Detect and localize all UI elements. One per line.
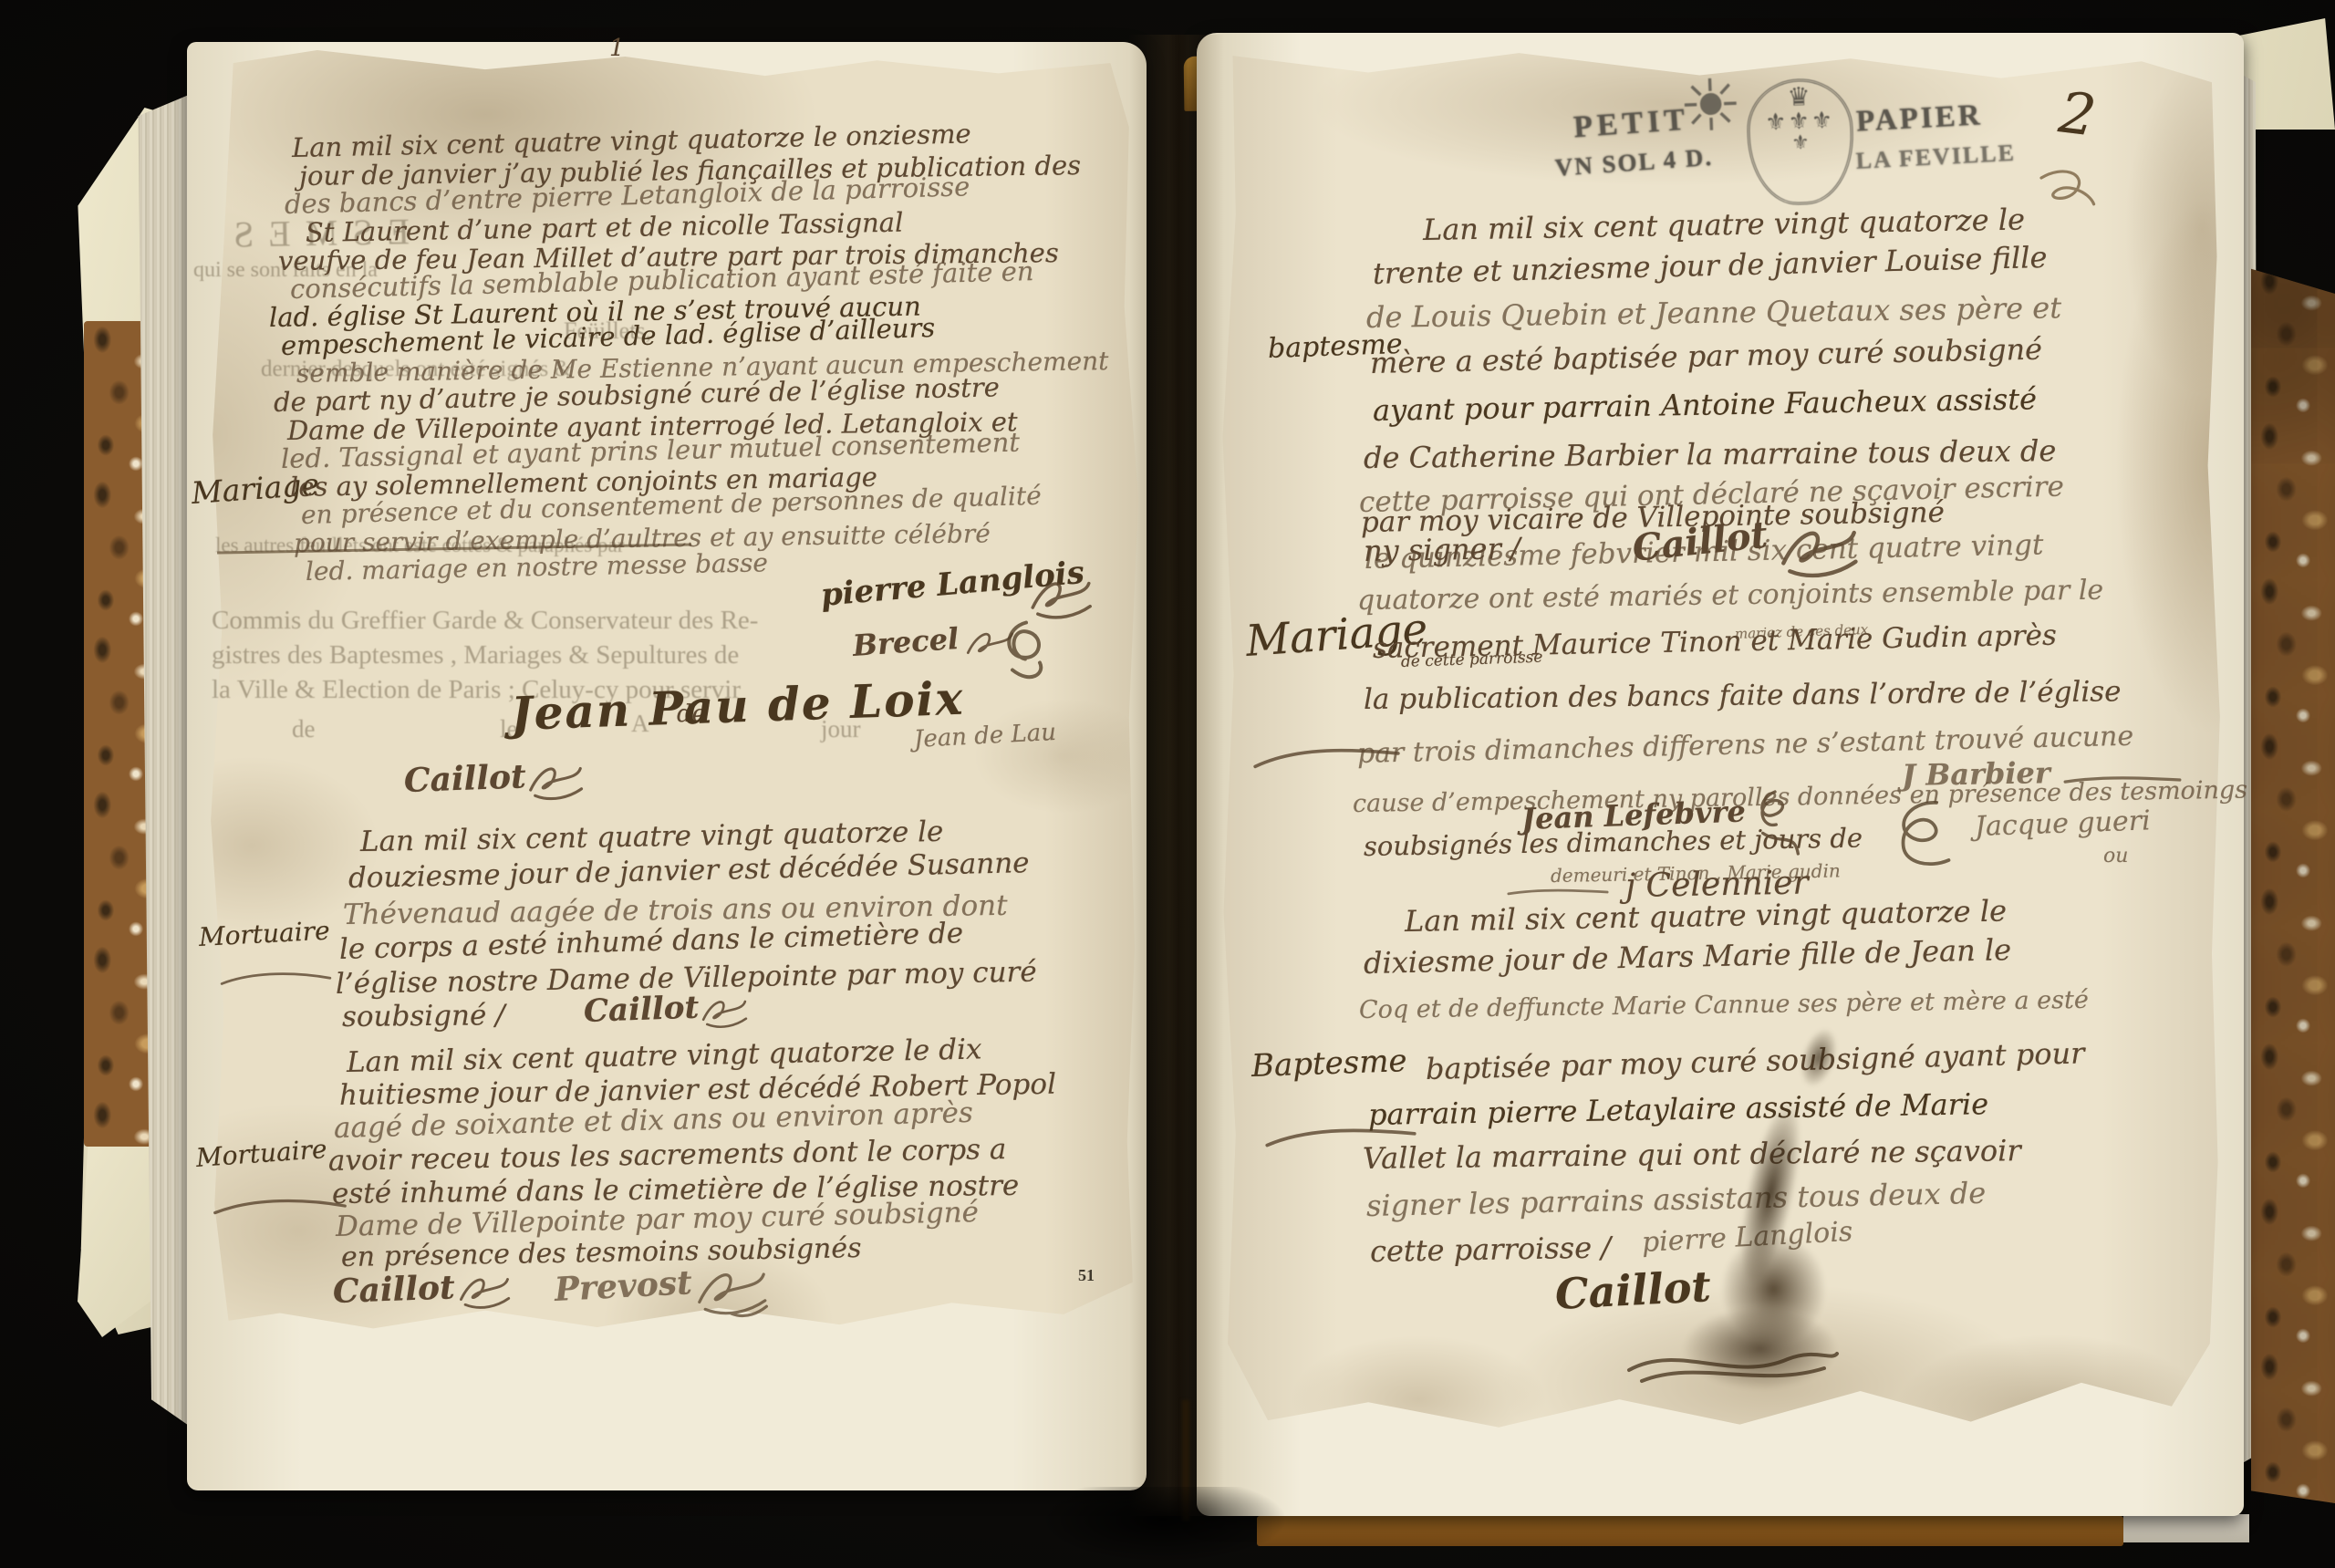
margin-underline-flourish-icon: [212, 1193, 348, 1220]
page-number: 2: [2056, 84, 2099, 144]
signature-jean-lefebvre: Jean Lefebvre: [1520, 796, 1746, 834]
margin-label-mortuaire: Mortuaire: [198, 918, 330, 950]
manuscript-line: Vallet la marraine qui ont déclaré ne sç…: [1363, 1136, 2021, 1173]
petit-papier-tax-stamp: PETIT VN SOL 4 D. ☀ ♛ ⚜⚜⚜ ⚜ PAPIER LA FE…: [1549, 73, 1973, 215]
signature-prevost: Prevost: [554, 1266, 692, 1306]
paraph-flourish-icon: [695, 1264, 768, 1321]
margin-label-baptesme: Baptesme: [1251, 1045, 1407, 1082]
sun-face-icon: ☀: [1677, 70, 1744, 143]
showthrough-printed-blank-word: de: [292, 717, 315, 742]
signature-word-ou: ou: [2103, 846, 2128, 867]
manuscript-line: la publication des bancs faite dans l’or…: [1364, 678, 2122, 714]
marbled-paper-right-edge: [2251, 263, 2335, 1503]
paraph-flourish-icon: [1744, 788, 1806, 861]
signature-caillot: Caillot: [583, 992, 699, 1027]
paraph-flourish-icon: [700, 992, 748, 1034]
flourish-loops-icon: [994, 613, 1058, 691]
paraph-flourish-icon: [527, 759, 584, 806]
pen-mark: 1: [609, 36, 625, 60]
showthrough-printed-line: gistres des Baptesmes , Mariages & Sepul…: [212, 642, 739, 669]
manuscript-line: soubsigné /: [342, 1002, 505, 1032]
spine-leather-bottom-strip: [1257, 1516, 2123, 1546]
margin-underline-flourish-icon: [219, 965, 333, 992]
manuscript-line: de Catherine Barbier la marraine tous de…: [1364, 436, 2057, 472]
manuscript-line: de Louis Quebin et Jeanne Quetaux ses pè…: [1366, 293, 2061, 332]
folio-number: 51: [1078, 1266, 1095, 1285]
signature-caillot: Caillot: [403, 760, 526, 797]
cover-edge-bottom-right: [2123, 1514, 2249, 1542]
large-paraph-flourish-icon: [1881, 797, 1965, 879]
photo-open-register-book: ESMES qui se sont faits en la Feüillets,…: [0, 0, 2335, 1568]
stamp-text: PAPIER: [1855, 99, 1983, 139]
signature-jacque-gueri: Jacque gueri: [1974, 807, 2151, 841]
gutter-bottom-shadow: [1040, 1487, 1313, 1568]
signature-dash-icon: [1507, 887, 1609, 898]
ink-blot: [1653, 1292, 1867, 1406]
signature-dash-icon: [2063, 774, 2182, 786]
stamp-text: VN SOL 4 D.: [1554, 143, 1714, 182]
book-gutter: [1129, 35, 1224, 1516]
stamp-text: PETIT: [1572, 103, 1690, 146]
crowned-arms-icon: ♛ ⚜⚜⚜ ⚜: [1746, 77, 1856, 206]
paraph-flourish-icon: [458, 1270, 511, 1315]
signature-caillot: Caillot: [332, 1271, 455, 1308]
signature-brecel: Brecel: [852, 624, 960, 660]
signature-j-barbier: J Barbier: [1902, 758, 2050, 790]
signature-jean-de-lau: Jean de Lau: [913, 721, 1056, 752]
manuscript-line: cette parroisse /: [1370, 1232, 1612, 1266]
showthrough-printed-line: Commis du Greffier Garde & Conservateur …: [212, 607, 758, 634]
flourish-mark-icon: [2027, 162, 2100, 215]
